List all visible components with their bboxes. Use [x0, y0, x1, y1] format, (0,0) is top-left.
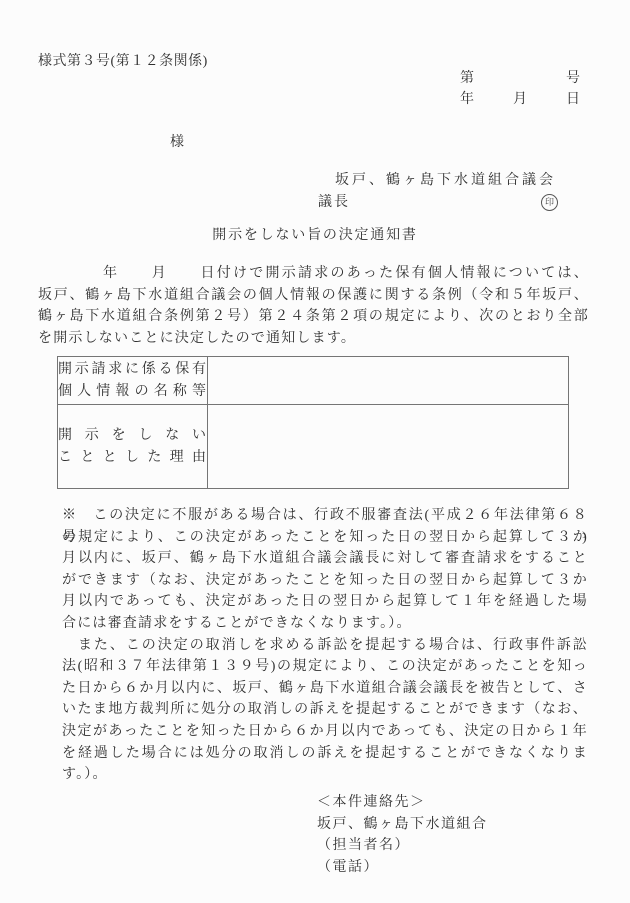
form-number: 様式第３号(第１２条関係) — [38, 50, 208, 70]
contact-organization: 坂戸、鶴ヶ島下水道組合 — [317, 814, 488, 836]
contact-block: ＜本件連絡先＞ 坂戸、鶴ヶ島下水道組合 （担当者名） （電話） — [317, 792, 488, 878]
date-month-label: 月 — [513, 90, 527, 111]
appeal-note-line: の規定により、この決定があったことを知った日の翌日から起算して３か — [62, 527, 588, 549]
document-number-prefix: 第 — [460, 69, 474, 90]
table-row-requested-info: 開示請求に係る保有 個人情報の名称等 — [58, 357, 569, 405]
sender-block: 坂戸、鶴ヶ島下水道組合議会 議長 印 — [318, 170, 558, 213]
appeal-note-line: 月以内に、坂戸、鶴ヶ島下水道組合議会議長に対して審査請求をすること — [62, 548, 588, 570]
body-line: を開示しないことに決定したので通知します。 — [38, 328, 589, 350]
disclosure-refusal-notice-document: 様式第３号(第１２条関係) 第 号 年 月 日 様 坂戸、鶴ヶ島下水道組合議会 … — [0, 0, 630, 903]
body-line: 年 月 日付けで開示請求のあった保有個人情報については、 — [38, 263, 589, 285]
sender-title: 議長 — [318, 192, 350, 214]
reason-label-cell: 開示をしない こととした理由 — [58, 405, 208, 489]
date-day-label: 日 — [566, 90, 580, 111]
document-number-suffix: 号 — [566, 69, 580, 90]
requested-info-label-line: 開示請求に係る保有 — [58, 359, 207, 381]
lawsuit-note-line: また、この決定の取消しを求める訴訟を提起する場合は、行政事件訴訟 — [62, 635, 588, 657]
reason-label-line: 開示をしない — [58, 425, 207, 447]
appeal-note-line: ができます（なお、決定があったことを知った日の翌日から起算して３か — [62, 570, 588, 592]
appeal-note-line: ※ この決定に不服がある場合は、行政不服審査法(平成２６年法律第６８号) — [62, 505, 588, 527]
lawsuit-note-line: 決定があったことを知った日から６か月以内であっても、決定の日から１年 — [62, 721, 588, 743]
lawsuit-note-line: いたま地方裁判所に処分の取消しの訴えを提起することができます（なお、 — [62, 699, 588, 721]
appeal-note-line: 月以内であっても、決定があった日の翌日から起算して１年を経過した場 — [62, 591, 588, 613]
contact-phone-label: （電話） — [317, 857, 488, 879]
reason-label-line: こととした理由 — [58, 447, 207, 469]
date-line: 年 月 日 — [460, 90, 580, 111]
date-year-label: 年 — [460, 90, 474, 111]
addressee-suffix: 様 — [170, 131, 185, 151]
requested-info-label-line: 個人情報の名称等 — [58, 381, 207, 403]
reason-value-cell — [208, 405, 569, 489]
docnum-date-block: 第 号 年 月 日 — [460, 69, 580, 110]
body-paragraph: 年 月 日付けで開示請求のあった保有個人情報については、 坂戸、鶴ヶ島下水道組合… — [38, 263, 589, 349]
lawsuit-note-line: た日から６か月以内に、坂戸、鶴ヶ島下水道組合議会議長を被告として、さ — [62, 678, 588, 700]
contact-heading: ＜本件連絡先＞ — [317, 792, 488, 814]
requested-info-value-cell — [208, 357, 569, 405]
appeal-notes: ※ この決定に不服がある場合は、行政不服審査法(平成２６年法律第６８号) の規定… — [62, 505, 588, 786]
document-number-line: 第 号 — [460, 69, 580, 90]
lawsuit-note-line: を経過した場合には処分の取消しの訴えを提起することができなくなりま — [62, 743, 588, 765]
contact-person-label: （担当者名） — [317, 835, 488, 857]
body-line: 坂戸、鶴ヶ島下水道組合議会の個人情報の保護に関する条例（令和５年坂戸、 — [38, 285, 589, 307]
sender-title-row: 議長 印 — [318, 192, 558, 214]
body-line: 鶴ヶ島下水道組合条例第２号）第２４条第２項の規定により、次のとおり全部 — [38, 306, 589, 328]
appeal-note-line: 合には審査請求をすることができなくなります。）。 — [62, 613, 588, 635]
lawsuit-note-line: す。）。 — [62, 764, 588, 786]
seal-icon: 印 — [541, 194, 558, 211]
decision-table: 開示請求に係る保有 個人情報の名称等 開示をしない こととした理由 — [57, 356, 569, 489]
requested-info-label-cell: 開示請求に係る保有 個人情報の名称等 — [58, 357, 208, 405]
table-row-reason: 開示をしない こととした理由 — [58, 405, 569, 489]
page-title: 開示をしない旨の決定通知書 — [0, 224, 630, 244]
sender-organization: 坂戸、鶴ヶ島下水道組合議会 — [335, 170, 558, 192]
lawsuit-note-line: 法(昭和３７年法律第１３９号)の規定により、この決定があったことを知っ — [62, 656, 588, 678]
